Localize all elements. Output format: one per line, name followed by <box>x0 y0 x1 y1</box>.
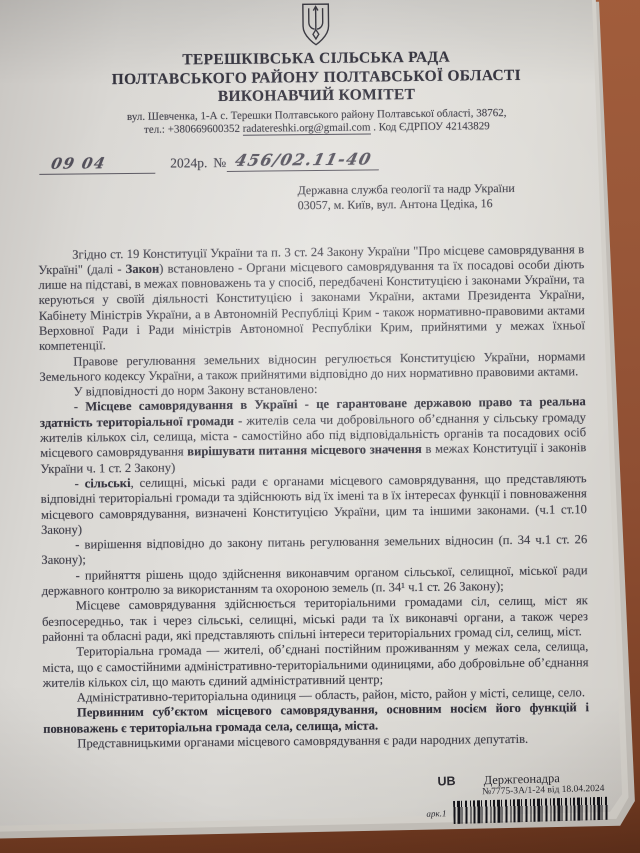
registration-stamp: UB Держгеонадра №7775-ЗА/1-24 від 18.04.… <box>423 769 629 825</box>
body-paragraph: Місцеве самоврядування здійснюється тери… <box>42 594 588 646</box>
photo-background: ТЕРЕШКІВСЬКА СІЛЬСЬКА РАДА ПОЛТАВСЬКОГО … <box>0 0 640 853</box>
email-link: radatereshki.org@gmail.com <box>243 121 371 135</box>
recipient-address: 03057, м. Київ, вул. Антона Цедіка, 16 <box>298 195 638 214</box>
barcode-icon <box>453 797 609 824</box>
body-paragraph: Згідно ст. 19 Конституції України та п. … <box>38 242 585 355</box>
phone-text: тел.: +380669600352 <box>144 123 243 136</box>
stamp-code: UB <box>423 774 455 789</box>
handwritten-number: 456/02.11-40 <box>227 149 384 172</box>
year-label: 2024р. <box>167 155 210 173</box>
body-paragraph: Територіальна громада — жителі, об’єднан… <box>42 639 588 691</box>
reference-line: 09 04 2024р. № 456/02.11-40 <box>41 147 637 174</box>
handwritten-date: 09 04 <box>39 153 159 174</box>
document-page: ТЕРЕШКІВСЬКА СІЛЬСЬКА РАДА ПОЛТАВСЬКОГО … <box>0 0 640 853</box>
recipient-block: Державна служба геології та надр України… <box>297 179 637 214</box>
body-paragraph: - сільські, селищні, міські ради є орган… <box>41 471 588 538</box>
body-paragraph: Правове регулювання земельних відносин р… <box>39 349 585 385</box>
body-paragraph: - Місцеве самоврядування в Україні - це … <box>40 395 587 477</box>
letter-body: Згідно ст. 19 Конституції України та п. … <box>38 242 589 752</box>
document-content: ТЕРЕШКІВСЬКА СІЛЬСЬКА РАДА ПОЛТАВСЬКОГО … <box>0 0 640 853</box>
letterhead-address: вул. Шевченка, 1-А с. Терешки Полтавсько… <box>0 105 637 139</box>
letterhead: ТЕРЕШКІВСЬКА СІЛЬСЬКА РАДА ПОЛТАВСЬКОГО … <box>0 47 637 109</box>
sheet-number-label: арк.1 <box>426 808 446 819</box>
ukraine-trident-icon <box>0 0 636 52</box>
edrpou-text: . Код ЄДРПОУ 42143829 <box>370 120 489 133</box>
